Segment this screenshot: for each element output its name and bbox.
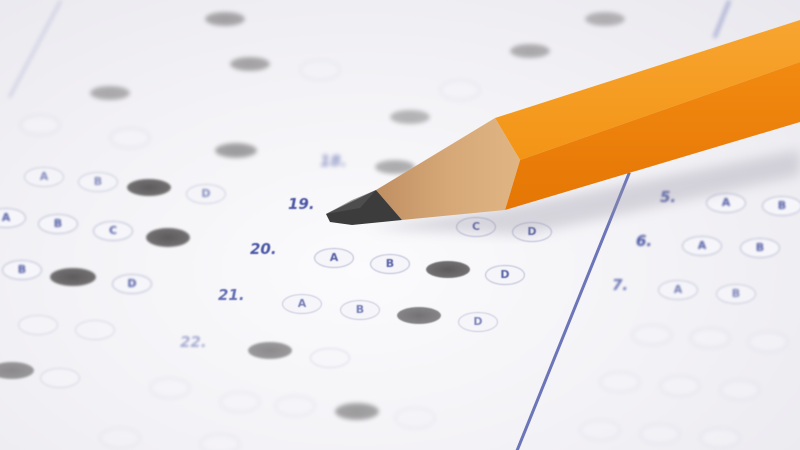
pencil bbox=[0, 0, 800, 450]
pencil-wood-tip bbox=[376, 118, 520, 220]
